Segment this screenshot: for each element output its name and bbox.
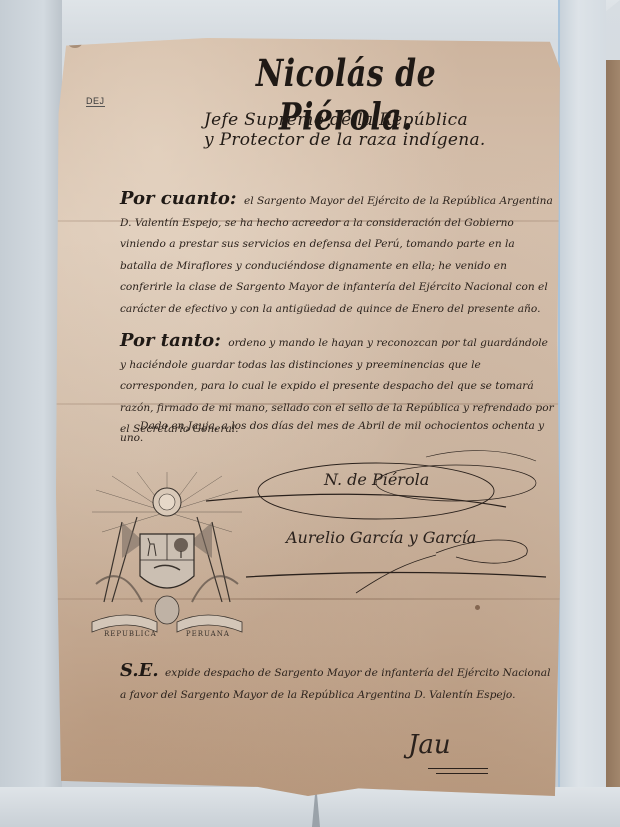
- backing-board: [604, 60, 620, 790]
- paragraph-note: S.E. expide despacho de Sargento Mayor d…: [120, 660, 560, 706]
- rubric-underline: [436, 773, 488, 774]
- signature-garcia: Aurelio García y García: [286, 528, 476, 547]
- ink-stain: [475, 605, 480, 610]
- rubric-signature: Jau: [408, 730, 451, 760]
- tissue-paper-right: [558, 0, 606, 790]
- paragraph-text: el Sargento Mayor del Ejército de la Rep…: [120, 195, 553, 315]
- coat-of-arms-peru: [82, 472, 252, 644]
- paragraph-por-cuanto: Por cuanto: el Sargento Mayor del Ejérci…: [120, 188, 554, 320]
- paragraph-text: expide despacho de Sargento Mayor de inf…: [120, 667, 550, 701]
- coat-banner-right: PERUANA: [186, 630, 230, 638]
- tissue-paper-left: [0, 0, 62, 827]
- rubric-underline: [428, 768, 488, 769]
- paragraph-lead: Por tanto:: [120, 330, 221, 351]
- paragraph-lead: Por cuanto:: [120, 188, 237, 209]
- signature-pierola: N. de Piérola: [324, 470, 429, 489]
- date-place-line: Dado en Jauja, a los dos días del mes de…: [120, 420, 570, 444]
- archive-stamp: DEJ: [86, 96, 105, 107]
- coat-banner: REPUBLICA PERUANA: [104, 630, 230, 638]
- header-title-line-1: Jefe Supremo de la República: [204, 110, 504, 130]
- photo-scene: DEJ Nicolás de Piérola. Jefe Supremo de …: [0, 0, 620, 827]
- document-paper: DEJ Nicolás de Piérola. Jefe Supremo de …: [56, 38, 560, 796]
- header-title-line-2: y Protector de la raza indígena.: [204, 130, 504, 150]
- signature-flourish: [206, 443, 566, 603]
- coat-banner-left: REPUBLICA: [104, 630, 157, 638]
- paragraph-lead: S.E.: [120, 660, 159, 681]
- tissue-paper-top: [0, 0, 620, 40]
